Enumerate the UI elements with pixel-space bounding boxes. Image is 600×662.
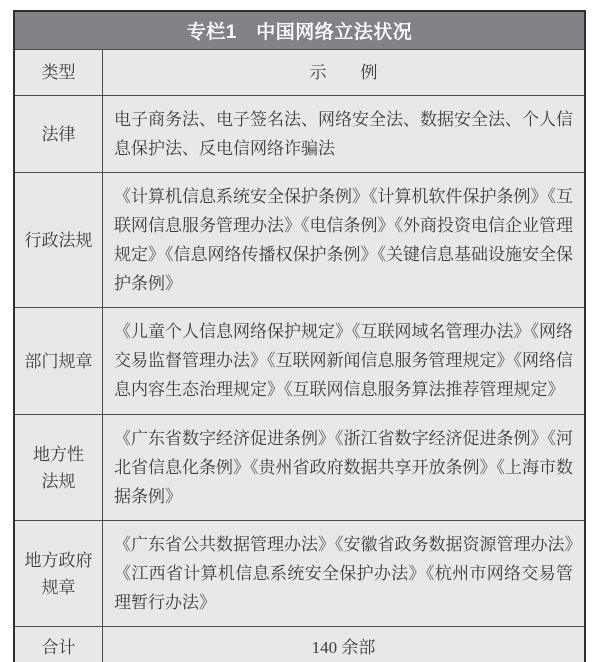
example-cell: 《广东省数字经济促进条例》《浙江省数字经济促进条例》《河北省信息化条例》《贵州省…: [103, 415, 584, 520]
column-header-row: 类型 示 例: [15, 49, 584, 95]
table-title-bar: 专栏1 中国网络立法状况: [15, 12, 584, 49]
table-row: 法律 电子商务法、电子签名法、网络安全法、数据安全法、个人信息保护法、反电信网络…: [15, 95, 584, 172]
table-row: 部门规章 《儿童个人信息网络保护规定》《互联网域名管理办法》《网络交易监督管理办…: [15, 307, 584, 414]
column-header-type: 类型: [15, 50, 103, 95]
table-row: 地方性 法规 《广东省数字经济促进条例》《浙江省数字经济促进条例》《河北省信息化…: [15, 414, 584, 520]
table-row: 地方政府 规章 《广东省公共数据管理办法》《安徽省政务数据资源管理办法》《江西省…: [15, 520, 584, 626]
example-cell: 电子商务法、电子签名法、网络安全法、数据安全法、个人信息保护法、反电信网络诈骗法: [103, 96, 584, 172]
example-cell: 《广东省公共数据管理办法》《安徽省政务数据资源管理办法》《江西省计算机信息系统安…: [103, 521, 584, 626]
total-row: 合计 140 余部: [15, 626, 584, 662]
type-cell: 合计: [15, 627, 103, 662]
type-cell: 地方政府 规章: [15, 521, 103, 626]
total-value-cell: 140 余部: [103, 627, 584, 662]
type-cell: 行政法规: [15, 173, 103, 307]
example-cell: 《计算机信息系统安全保护条例》《计算机软件保护条例》《互联网信息服务管理办法》《…: [103, 173, 584, 307]
type-cell: 部门规章: [15, 308, 103, 414]
column-header-example: 示 例: [103, 50, 584, 95]
type-cell: 法律: [15, 96, 103, 172]
type-cell: 地方性 法规: [15, 415, 103, 520]
table-row: 行政法规 《计算机信息系统安全保护条例》《计算机软件保护条例》《互联网信息服务管…: [15, 172, 584, 307]
example-cell: 《儿童个人信息网络保护规定》《互联网域名管理办法》《网络交易监督管理办法》《互联…: [103, 308, 584, 414]
legislation-table: 专栏1 中国网络立法状况 类型 示 例 法律 电子商务法、电子签名法、网络安全法…: [13, 10, 586, 662]
document-page: 专栏1 中国网络立法状况 类型 示 例 法律 电子商务法、电子签名法、网络安全法…: [0, 0, 600, 662]
